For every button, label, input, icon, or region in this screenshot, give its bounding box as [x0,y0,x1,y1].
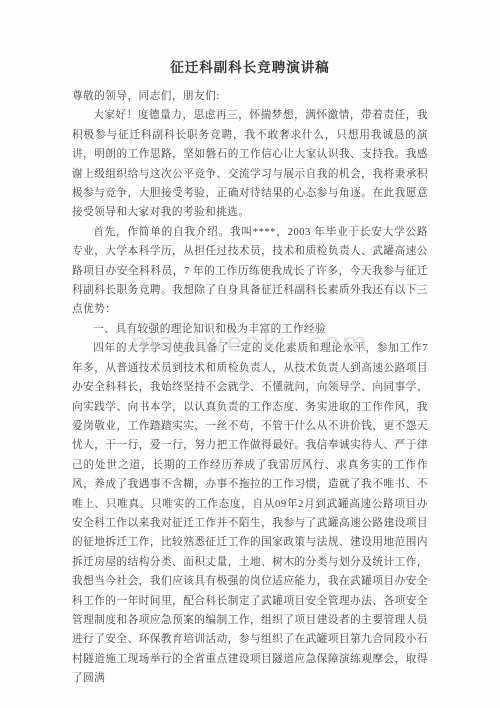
document-title: 征迁科副科长竞聘演讲稿 [72,56,428,76]
paragraph-self-introduction: 首先，作简单的自我介绍。我叫****，2003 年毕业于长安大学公路专业，大学本… [72,223,428,320]
paragraph-opening: 大家好！度德量力，思虑再三，怀揣梦想，满怀激情，带着责任，我积极参与征迁科副科长… [72,106,428,222]
section-heading-advantage-1: 一、具有较强的理论知识和极为丰富的工作经验 [72,320,428,339]
paragraph-experience: 四年的大学学习使我具备了一定的文化素质和理论水平，参加工作7年多，从普通技术员到… [72,339,428,688]
document-page: mayiwenku.com 征迁科副科长竞聘演讲稿 尊敬的领导，同志们，朋友们:… [0,0,500,708]
salutation-line: 尊敬的领导，同志们，朋友们: [72,87,428,106]
